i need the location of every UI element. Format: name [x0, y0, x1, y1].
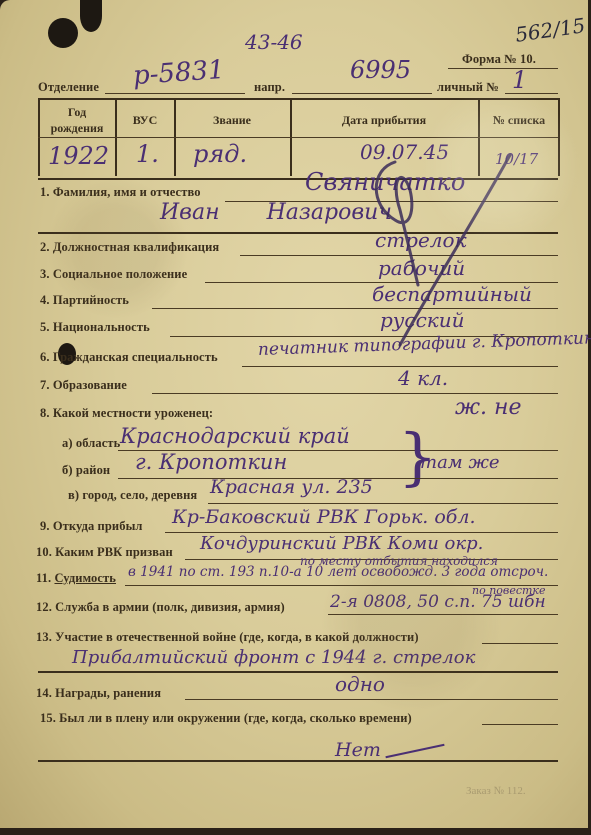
field-10-label: 10. Каким РВК призван — [36, 545, 173, 560]
vus-value: 1. — [136, 140, 159, 168]
field-15-label: 15. Был ли в плену или окружении (где, к… — [40, 711, 412, 726]
field-12-value: 2-я 0808, 50 с.п. 75 шбн — [330, 592, 546, 612]
personal-label: личный № — [437, 80, 499, 95]
field-13-label: 13. Участие в отечественной войне (где, … — [36, 630, 419, 645]
col-rank: Звание — [176, 112, 288, 128]
field-7-label: 7. Образование — [40, 378, 127, 393]
field-10-value: Кочдуринский РВК Коми окр. — [200, 533, 483, 554]
field-8b-value: г. Кропоткин — [135, 450, 287, 474]
field-8c-value: Красная ул. 235 — [210, 476, 373, 498]
field-8-label: 8. Какой местности уроженец: — [40, 406, 213, 421]
field-1-label: 1. Фамилия, имя и отчество — [40, 185, 201, 200]
field-13-value: Прибалтийский фронт с 1944 г. стрелок — [72, 647, 475, 668]
field-15-value: Нет — [335, 739, 381, 761]
direction-label: напр. — [254, 80, 285, 95]
top-annotation: 43-46 — [245, 30, 303, 54]
col-list-number: № списка — [480, 112, 558, 128]
field-9-label: 9. Откуда прибыл — [40, 519, 143, 534]
field-8a-value: Краснодарский край — [120, 424, 350, 448]
registration-card: 43-46 562/15 Форма № 10. Отделение р-583… — [0, 0, 588, 828]
punch-hole — [48, 18, 78, 48]
archive-number: 562/15 — [514, 13, 587, 47]
birth-year-value: 1922 — [48, 142, 109, 170]
field-14-value: одно — [335, 672, 385, 696]
check-mark-stroke — [300, 150, 560, 350]
print-order-stamp: Заказ № 112. — [466, 785, 526, 797]
field-14-label: 14. Награды, ранения — [36, 686, 161, 701]
field-2-label: 2. Должностная квалификация — [40, 240, 219, 255]
personal-value: 1 — [512, 66, 527, 94]
field-12-label: 12. Служба в армии (полк, дивизия, армия… — [36, 600, 285, 615]
brace: } — [398, 420, 437, 493]
field-5-label: 5. Национальность — [40, 320, 150, 335]
punch-hole — [80, 0, 102, 32]
field-8c-label: в) город, село, деревня — [68, 488, 197, 503]
field-3-label: 3. Социальное положение — [40, 267, 187, 282]
field-8-value: ж. не — [455, 395, 522, 420]
col-birth-year: Год рождения — [42, 104, 112, 136]
field-7-value: 4 кл. — [398, 366, 448, 390]
col-vus: ВУС — [117, 112, 173, 128]
field-11-label: 11. Судимость — [36, 571, 116, 586]
field-6-label: 6. Гражданская специальность — [40, 350, 218, 365]
field-4-label: 4. Партийность — [40, 293, 129, 308]
direction-value: 6995 — [350, 56, 411, 84]
department-value: р-5831 — [132, 55, 225, 91]
field-11-value: в 1941 по ст. 193 п.10-а 10 лет освобожд… — [128, 564, 548, 580]
col-arrival-date: Дата прибытия — [292, 112, 476, 128]
field-9-value: Кр-Баковский РВК Горьк. обл. — [172, 506, 476, 528]
form-label: Форма № 10. — [462, 52, 536, 67]
department-label: Отделение — [38, 80, 99, 95]
field-8a-label: а) область — [62, 436, 120, 451]
rank-value: ряд. — [193, 140, 247, 168]
field-8b-label: б) район — [62, 463, 110, 478]
